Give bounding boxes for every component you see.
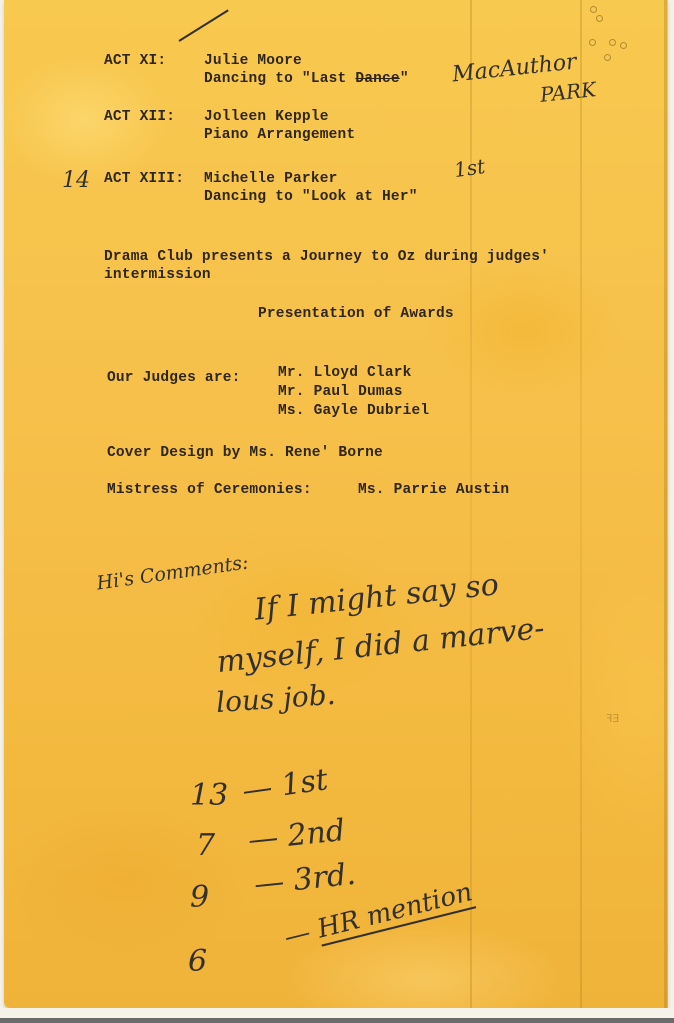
act-13-label: ACT XIII: <box>104 170 184 189</box>
judge-3: Ms. Gayle Dubriel <box>278 402 429 421</box>
result-3-place-text: 3rd. <box>292 857 357 898</box>
cover-design-credit: Cover Design by Ms. Rene' Borne <box>107 444 383 463</box>
comment-line-3: lous job. <box>215 678 336 719</box>
act-13-performance: Dancing to "Look at Her" <box>204 188 418 207</box>
result-2-number: 7 <box>196 828 215 863</box>
act-11-song-prefix: Dancing to "Last <box>204 71 355 87</box>
result-1-place-text: 1st <box>279 762 330 803</box>
act-11-label: ACT XI: <box>104 52 166 71</box>
bleed-through-mark: EF <box>606 712 619 725</box>
result-4-number: 6 <box>188 944 207 979</box>
judges-label: Our Judges are: <box>107 369 241 388</box>
act-12-performer: Jolleen Kepple <box>204 108 329 127</box>
act-13-performer: Michelle Parker <box>204 170 338 189</box>
presentation-heading: Presentation of Awards <box>258 305 454 324</box>
mistress-label: Mistress of Ceremonies: <box>107 481 312 500</box>
act-11-song-suffix: " <box>400 71 409 87</box>
act-11-performance: Dancing to "Last Dance" <box>204 70 409 89</box>
mistress-name: Ms. Parrie Austin <box>358 481 509 500</box>
result-1-place: — 1st <box>240 762 330 809</box>
handwritten-place: 1st <box>452 154 486 182</box>
result-3-number: 9 <box>190 880 209 915</box>
fold-line <box>580 0 582 1008</box>
scanner-edge <box>0 1018 674 1023</box>
checkmark-icon <box>178 9 228 41</box>
paper-edge <box>664 0 667 1008</box>
act-12-label: ACT XII: <box>104 108 175 127</box>
act-11-performer: Julie Moore <box>204 52 302 71</box>
scan-margin <box>0 1008 674 1018</box>
result-1-number: 13 <box>190 778 228 813</box>
result-2-place: — 2nd <box>246 813 346 858</box>
drama-club-line-2: intermission <box>104 266 211 285</box>
act-11-song-struck: Dance <box>355 71 400 87</box>
result-2-place-text: 2nd <box>286 813 347 854</box>
judge-1: Mr. Lloyd Clark <box>278 364 412 383</box>
handwritten-venue-line-2: PARK <box>539 77 597 107</box>
program-page: ACT XI: Julie Moore Dancing to "Last Dan… <box>4 0 668 1008</box>
comments-heading: Hi's Comments: <box>95 551 250 594</box>
drama-club-line-1: Drama Club presents a Journey to Oz duri… <box>104 248 549 267</box>
judge-2: Mr. Paul Dumas <box>278 383 403 402</box>
handwritten-margin-number: 14 <box>62 168 90 193</box>
fold-line <box>470 0 472 1008</box>
act-12-performance: Piano Arrangement <box>204 126 355 145</box>
result-3-place: — 3rd. <box>252 857 357 902</box>
